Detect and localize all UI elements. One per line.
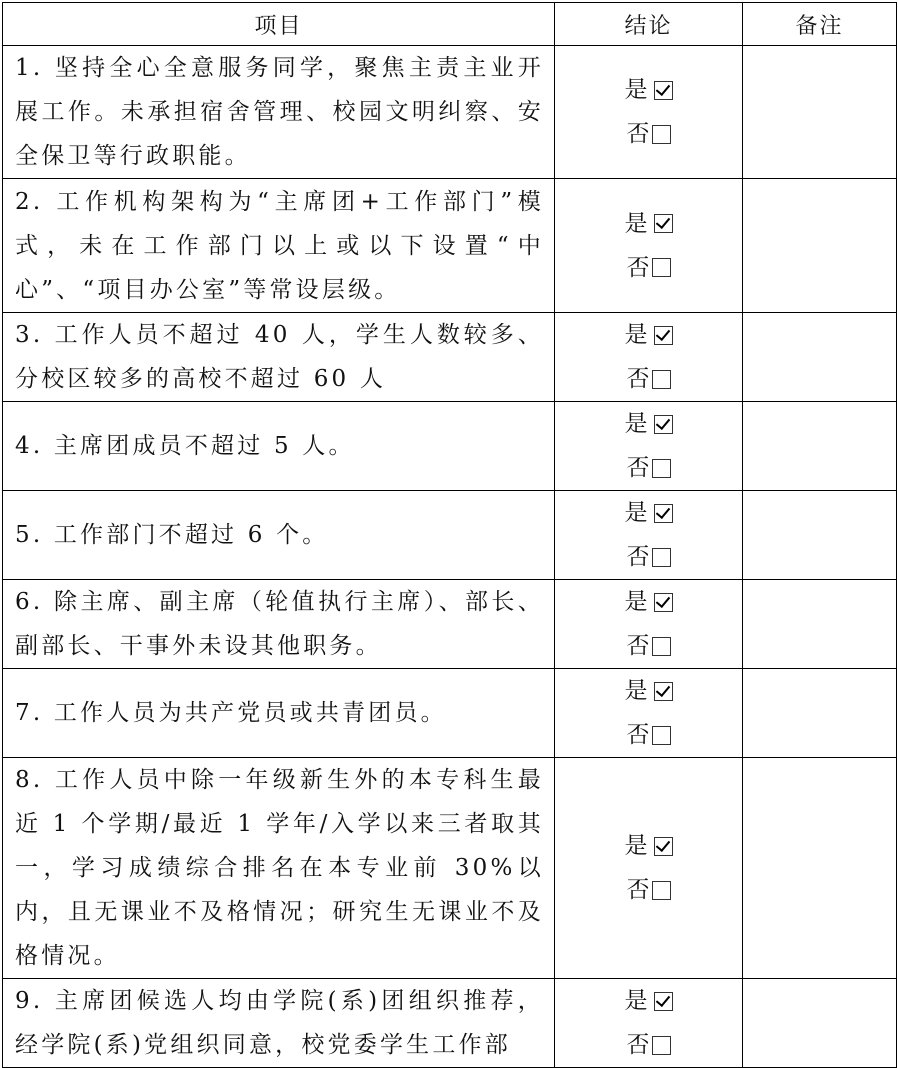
item-cell: 7. 工作人员为共产党员或共青团员。 <box>3 669 555 758</box>
no-checkbox[interactable] <box>652 637 671 656</box>
yes-checkbox[interactable] <box>654 992 673 1011</box>
no-checkbox[interactable] <box>652 125 671 144</box>
item-cell: 9. 主席团候选人均由学院(系)团组织推荐，经学院(系)党组织同意，校党委学生工… <box>3 979 555 1068</box>
option-yes[interactable]: 是 <box>555 313 742 357</box>
no-checkbox[interactable] <box>652 459 671 478</box>
conclusion-cell: 是 否 <box>555 402 743 491</box>
item-text: 8. 工作人员中除一年级新生外的本专科生最近 1 个学期/最近 1 学年/入学以… <box>3 758 554 978</box>
item-text: 5. 工作部门不超过 6 个。 <box>3 513 554 557</box>
remark-cell[interactable] <box>743 179 897 313</box>
option-no[interactable]: 否 <box>555 535 742 579</box>
option-yes[interactable]: 是 <box>555 68 742 112</box>
conclusion-cell: 是 否 <box>555 758 743 979</box>
no-label: 否 <box>627 713 650 757</box>
yes-label: 是 <box>625 313 648 357</box>
header-item: 项目 <box>3 3 555 46</box>
option-yes[interactable]: 是 <box>555 580 742 624</box>
yes-label: 是 <box>625 491 648 535</box>
item-text: 3. 工作人员不超过 40 人，学生人数较多、分校区较多的高校不超过 60 人 <box>3 313 554 401</box>
yes-label: 是 <box>625 669 648 713</box>
yes-label: 是 <box>625 824 648 868</box>
yes-label: 是 <box>625 68 648 112</box>
no-checkbox[interactable] <box>652 881 671 900</box>
remark-cell[interactable] <box>743 580 897 669</box>
remark-cell[interactable] <box>743 46 897 179</box>
yes-checkbox[interactable] <box>654 837 673 856</box>
conclusion-cell: 是 否 <box>555 979 743 1068</box>
item-cell: 1. 坚持全心全意服务同学，聚焦主责主业开展工作。未承担宿舍管理、校园文明纠察、… <box>3 46 555 179</box>
table-row-5: 5. 工作部门不超过 6 个。 是 否 <box>3 491 897 580</box>
no-label: 否 <box>627 446 650 490</box>
table-row-6: 6. 除主席、副主席（轮值执行主席）、部长、副部长、干事外未设其他职务。 是 否 <box>3 580 897 669</box>
remark-cell[interactable] <box>743 313 897 402</box>
conclusion-cell: 是 否 <box>555 491 743 580</box>
option-yes[interactable]: 是 <box>555 669 742 713</box>
conclusion-cell: 是 否 <box>555 179 743 313</box>
remark-cell[interactable] <box>743 669 897 758</box>
yes-label: 是 <box>625 979 648 1023</box>
table-row-2: 2. 工作机构架构为“主席团+工作部门”模式，未在工作部门以上或以下设置“中心”… <box>3 179 897 313</box>
item-cell: 5. 工作部门不超过 6 个。 <box>3 491 555 580</box>
item-text: 4. 主席团成员不超过 5 人。 <box>3 424 554 468</box>
option-yes[interactable]: 是 <box>555 491 742 535</box>
item-cell: 6. 除主席、副主席（轮值执行主席）、部长、副部长、干事外未设其他职务。 <box>3 580 555 669</box>
item-cell: 2. 工作机构架构为“主席团+工作部门”模式，未在工作部门以上或以下设置“中心”… <box>3 179 555 313</box>
conclusion-cell: 是 否 <box>555 669 743 758</box>
item-cell: 8. 工作人员中除一年级新生外的本专科生最近 1 个学期/最近 1 学年/入学以… <box>3 758 555 979</box>
option-no[interactable]: 否 <box>555 246 742 290</box>
no-checkbox[interactable] <box>652 1036 671 1055</box>
yes-checkbox[interactable] <box>654 504 673 523</box>
yes-label: 是 <box>625 202 648 246</box>
item-text: 6. 除主席、副主席（轮值执行主席）、部长、副部长、干事外未设其他职务。 <box>3 580 554 668</box>
option-no[interactable]: 否 <box>555 868 742 912</box>
table-row-1: 1. 坚持全心全意服务同学，聚焦主责主业开展工作。未承担宿舍管理、校园文明纠察、… <box>3 46 897 179</box>
item-text: 7. 工作人员为共产党员或共青团员。 <box>3 691 554 735</box>
yes-checkbox[interactable] <box>654 326 673 345</box>
option-no[interactable]: 否 <box>555 713 742 757</box>
option-no[interactable]: 否 <box>555 446 742 490</box>
option-no[interactable]: 否 <box>555 624 742 668</box>
yes-label: 是 <box>625 580 648 624</box>
no-label: 否 <box>627 535 650 579</box>
item-cell: 3. 工作人员不超过 40 人，学生人数较多、分校区较多的高校不超过 60 人 <box>3 313 555 402</box>
yes-label: 是 <box>625 402 648 446</box>
table-row-8: 8. 工作人员中除一年级新生外的本专科生最近 1 个学期/最近 1 学年/入学以… <box>3 758 897 979</box>
option-no[interactable]: 否 <box>555 357 742 401</box>
option-yes[interactable]: 是 <box>555 402 742 446</box>
no-label: 否 <box>627 357 650 401</box>
no-label: 否 <box>627 112 650 156</box>
compliance-checklist-table: 项目 结论 备注 1. 坚持全心全意服务同学，聚焦主责主业开展工作。未承担宿舍管… <box>2 2 897 1068</box>
table-row-4: 4. 主席团成员不超过 5 人。 是 否 <box>3 402 897 491</box>
header-remark: 备注 <box>743 3 897 46</box>
item-text: 9. 主席团候选人均由学院(系)团组织推荐，经学院(系)党组织同意，校党委学生工… <box>3 979 554 1067</box>
yes-checkbox[interactable] <box>654 214 673 233</box>
no-label: 否 <box>627 246 650 290</box>
remark-cell[interactable] <box>743 402 897 491</box>
item-cell: 4. 主席团成员不超过 5 人。 <box>3 402 555 491</box>
header-conclusion: 结论 <box>555 3 743 46</box>
option-yes[interactable]: 是 <box>555 202 742 246</box>
yes-checkbox[interactable] <box>654 682 673 701</box>
table-row-7: 7. 工作人员为共产党员或共青团员。 是 否 <box>3 669 897 758</box>
item-text: 1. 坚持全心全意服务同学，聚焦主责主业开展工作。未承担宿舍管理、校园文明纠察、… <box>3 46 554 178</box>
no-checkbox[interactable] <box>652 258 671 277</box>
remark-cell[interactable] <box>743 491 897 580</box>
option-no[interactable]: 否 <box>555 1023 742 1067</box>
item-text: 2. 工作机构架构为“主席团+工作部门”模式，未在工作部门以上或以下设置“中心”… <box>3 180 554 312</box>
remark-cell[interactable] <box>743 758 897 979</box>
conclusion-cell: 是 否 <box>555 46 743 179</box>
option-yes[interactable]: 是 <box>555 824 742 868</box>
no-checkbox[interactable] <box>652 370 671 389</box>
conclusion-cell: 是 否 <box>555 580 743 669</box>
yes-checkbox[interactable] <box>654 415 673 434</box>
option-no[interactable]: 否 <box>555 112 742 156</box>
remark-cell[interactable] <box>743 979 897 1068</box>
no-label: 否 <box>627 624 650 668</box>
no-checkbox[interactable] <box>652 548 671 567</box>
conclusion-cell: 是 否 <box>555 313 743 402</box>
table-row-9: 9. 主席团候选人均由学院(系)团组织推荐，经学院(系)党组织同意，校党委学生工… <box>3 979 897 1068</box>
yes-checkbox[interactable] <box>654 81 673 100</box>
option-yes[interactable]: 是 <box>555 979 742 1023</box>
table-row-3: 3. 工作人员不超过 40 人，学生人数较多、分校区较多的高校不超过 60 人 … <box>3 313 897 402</box>
no-label: 否 <box>627 868 650 912</box>
table-header-row: 项目 结论 备注 <box>3 3 897 46</box>
yes-checkbox[interactable] <box>654 593 673 612</box>
no-label: 否 <box>627 1023 650 1067</box>
no-checkbox[interactable] <box>652 726 671 745</box>
